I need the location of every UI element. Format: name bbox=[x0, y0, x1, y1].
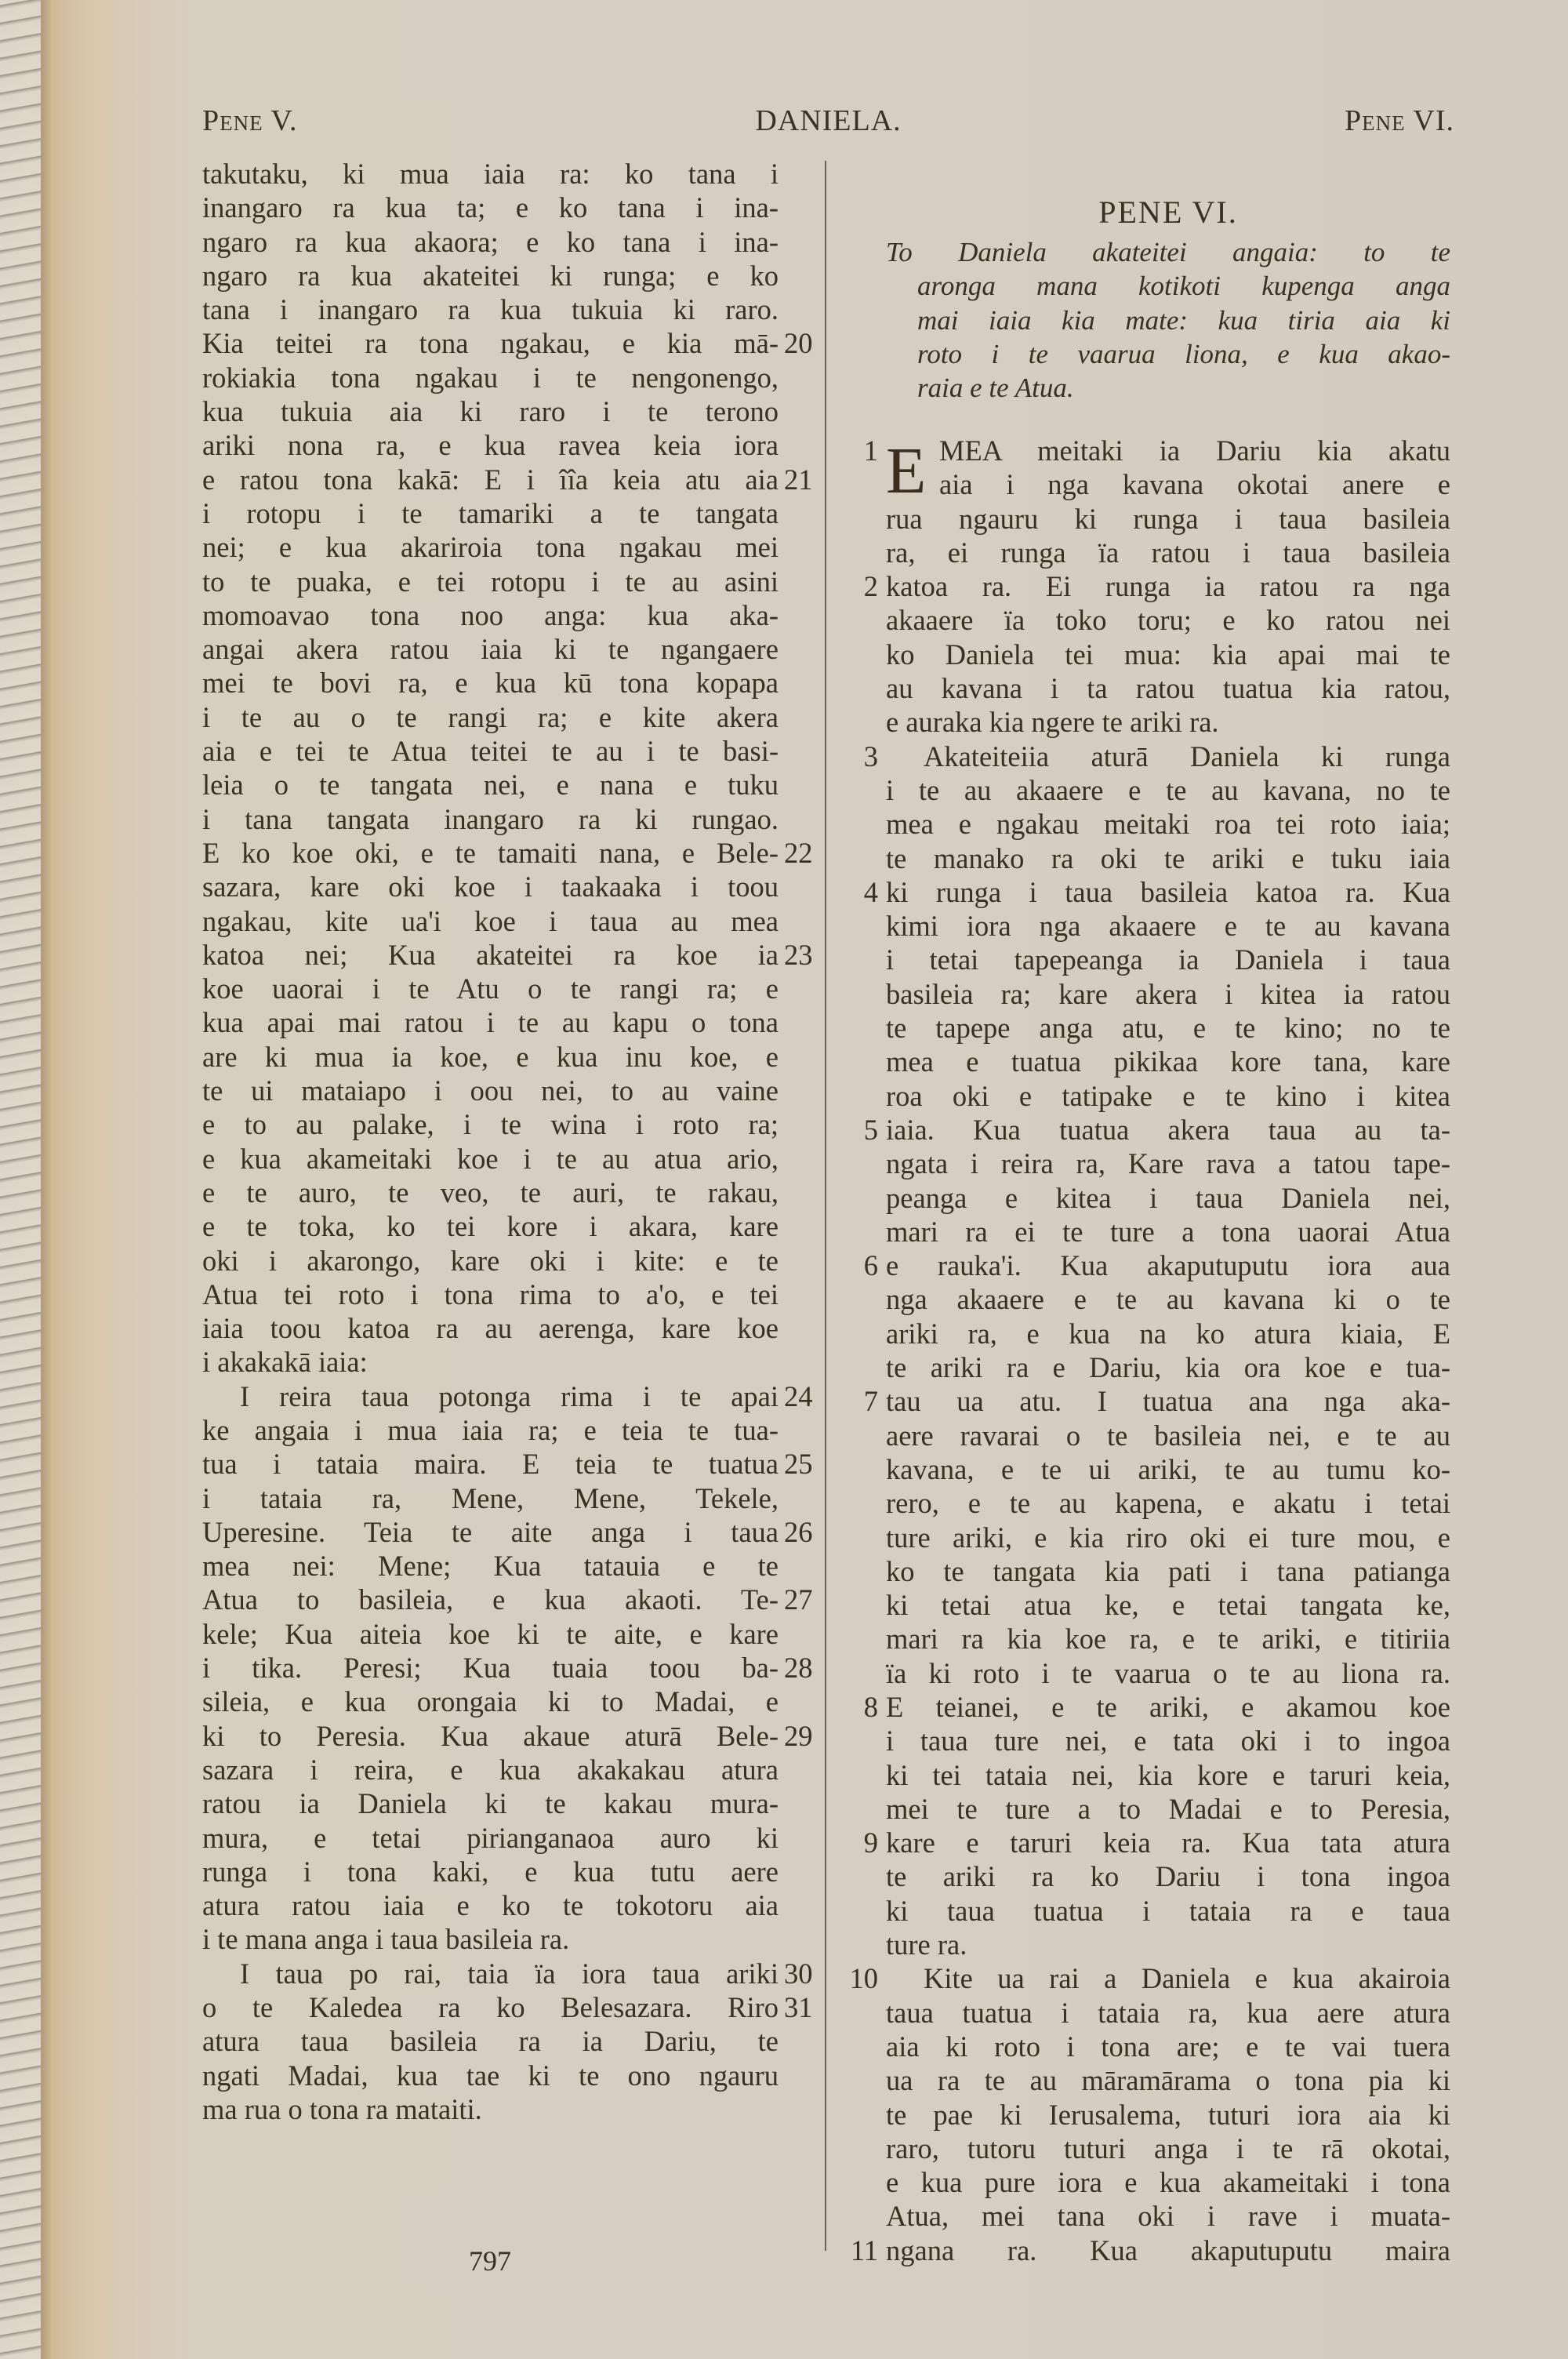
line-text: tua i tataia maira. E teia te tuatua bbox=[202, 1448, 779, 1480]
line-text: mea e tuatua pikikaa kore tana, kare bbox=[886, 1045, 1450, 1078]
text-line: aia e tei te Atua teitei te au i te basi… bbox=[202, 734, 779, 768]
text-line: kua apai mai ratou i te au kapu o tona bbox=[202, 1005, 779, 1039]
line-text: mari ra kia koe ra, e te ariki, e titiri… bbox=[886, 1623, 1450, 1655]
verse-number: 27 bbox=[784, 1583, 823, 1616]
chapter-title: PENE VI. bbox=[886, 194, 1450, 231]
text-line: tua i tataia maira. E teia te tuatua25 bbox=[202, 1447, 779, 1481]
line-text: inangaro ra kua ta; e ko tana i ina- bbox=[202, 191, 779, 224]
line-text: i tika. Peresi; Kua tuaia toou ba- bbox=[202, 1652, 779, 1684]
line-text: kua apai mai ratou i te au kapu o tona bbox=[202, 1006, 779, 1038]
running-head-right: Pene VI. bbox=[1345, 104, 1454, 138]
text-line: tana i inangaro ra kua tukuia ki raro. bbox=[202, 293, 779, 326]
text-line: koe uaorai i te Atu o te rangi ra; e bbox=[202, 972, 779, 1005]
line-text: sazara i reira, e kua akakakau atura bbox=[202, 1754, 779, 1786]
line-text: kua tukuia aia ki raro i te terono bbox=[202, 395, 779, 427]
page-stack-edge bbox=[0, 0, 41, 2359]
line-text: kare e taruri keia ra. Kua tata atura bbox=[886, 1826, 1450, 1859]
text-line: I reira taua potonga rima i te apai24 bbox=[202, 1379, 779, 1413]
line-text: nga akaaere e te au kavana ki o te bbox=[886, 1283, 1450, 1315]
line-text: te ariki ra e Dariu, kia ora koe e tua- bbox=[886, 1351, 1450, 1383]
text-line: te ui mataiapo i oou nei, to au vaine bbox=[202, 1074, 779, 1107]
line-text: rero, e te au kapena, e akatu i tetai bbox=[886, 1487, 1450, 1519]
verse-number: 29 bbox=[784, 1719, 823, 1753]
chapter-summary: To Daniela akateitei angaia: to tearonga… bbox=[917, 235, 1450, 405]
line-text: e kua pure iora e kua akameitaki i tona bbox=[886, 2166, 1450, 2198]
line-text: I taua po rai, taia ïa iora taua ariki bbox=[240, 1957, 779, 1990]
line-text: ngati Madai, kua tae ki te ono ngauru bbox=[202, 2059, 779, 2092]
text-line: i rotopu i te tamariki a te tangata bbox=[202, 496, 779, 530]
text-line: mea nei: Mene; Kua tatauia e te bbox=[202, 1549, 779, 1583]
text-line: basileia ra; kare akera i kitea ia ratou bbox=[886, 977, 1450, 1011]
verse-number: 30 bbox=[784, 1957, 823, 1990]
line-text: au kavana i ta ratou tuatua kia ratou, bbox=[886, 672, 1450, 704]
line-text: kimi iora nga akaaere e te au kavana bbox=[886, 910, 1450, 942]
text-line: Akateiteiia aturā Daniela ki runga3 bbox=[886, 740, 1450, 773]
verse-number: 4 bbox=[839, 875, 878, 909]
verse-number: 23 bbox=[784, 938, 823, 972]
text-line: kimi iora nga akaaere e te au kavana bbox=[886, 909, 1450, 943]
text-line: mea e tuatua pikikaa kore tana, kare bbox=[886, 1045, 1450, 1078]
line-text: ïa ki roto i te vaarua o te au liona ra. bbox=[886, 1657, 1450, 1689]
line-text: katoa ra. Ei runga ia ratou ra nga bbox=[886, 570, 1450, 602]
line-text: ngata i reira ra, Kare rava a tatou tape… bbox=[886, 1147, 1450, 1179]
line-text: e ratou tona kakā: E i îîa keia atu aia bbox=[202, 463, 779, 496]
summary-line: raia e te Atua. bbox=[917, 371, 1450, 405]
text-line: o te Kaledea ra ko Belesazara. Riro31 bbox=[202, 1990, 779, 2024]
text-line: i te au o te rangi ra; e kite akera bbox=[202, 700, 779, 734]
text-line: ngana ra. Kua akaputuputu maira11 bbox=[886, 2234, 1450, 2267]
verse-number: 9 bbox=[839, 1826, 878, 1859]
line-text: mei te bovi ra, e kua kū tona kopapa bbox=[202, 667, 779, 699]
text-line: roa oki e tatipake e te kino i kitea bbox=[886, 1079, 1450, 1113]
text-line: ko Daniela tei mua: kia apai mai te bbox=[886, 638, 1450, 671]
line-text: e to au palake, i te wina i roto ra; bbox=[202, 1108, 779, 1140]
line-text: mea e ngakau meitaki roa tei roto iaia; bbox=[886, 808, 1450, 840]
line-text: o te Kaledea ra ko Belesazara. Riro bbox=[202, 1991, 779, 2023]
line-text: rua ngauru ki runga i taua basileia bbox=[886, 503, 1450, 535]
right-column: E MEA meitaki ia Dariu kia akatu1aia i n… bbox=[886, 434, 1450, 2267]
line-text: ki to Peresia. Kua akaue aturā Bele- bbox=[202, 1720, 779, 1752]
text-line: ra, ei runga ïa ratou i taua basileia bbox=[886, 536, 1450, 569]
line-text: koe uaorai i te Atu o te rangi ra; e bbox=[202, 972, 779, 1005]
verse-number: 25 bbox=[784, 1447, 823, 1481]
line-text: sazara, kare oki koe i taakaaka i toou bbox=[202, 871, 779, 903]
text-line: Kia teitei ra tona ngakau, e kia mā-20 bbox=[202, 326, 779, 360]
line-text: kele; Kua aiteia koe ki te aite, e kare bbox=[202, 1618, 779, 1650]
text-line: ture ra. bbox=[886, 1928, 1450, 1961]
gutter-shadow bbox=[41, 0, 52, 2359]
text-line: te manako ra oki te ariki e tuku iaia bbox=[886, 841, 1450, 875]
text-line: sazara i reira, e kua akakakau atura bbox=[202, 1753, 779, 1787]
line-text: Akateiteiia aturā Daniela ki runga bbox=[924, 740, 1450, 772]
line-text: i te mana anga i taua basileia ra. bbox=[202, 1923, 569, 1955]
line-text: rokiakia tona ngakau i te nengonengo, bbox=[202, 362, 779, 394]
text-line: mari ra kia koe ra, e te ariki, e titiri… bbox=[886, 1622, 1450, 1656]
line-text: aia e tei te Atua teitei te au i te basi… bbox=[202, 735, 779, 767]
line-text: tana i inangaro ra kua tukuia ki raro. bbox=[202, 293, 779, 325]
line-text: i akakakā iaia: bbox=[202, 1346, 368, 1378]
line-text: i tana tangata inangaro ra ki rungao. bbox=[202, 803, 779, 835]
line-text: takutaku, ki mua iaia ra: ko tana i bbox=[202, 158, 779, 190]
line-text: taua tuatua i tataia ra, kua aere atura bbox=[886, 1997, 1450, 2029]
text-line: katoa nei; Kua akateitei ra koe ia23 bbox=[202, 938, 779, 972]
verse-number: 3 bbox=[839, 740, 878, 773]
line-text: te tapepe anga atu, e te kino; no te bbox=[886, 1012, 1450, 1044]
verse-number: 6 bbox=[839, 1249, 878, 1282]
line-text: katoa nei; Kua akateitei ra koe ia bbox=[202, 939, 779, 971]
line-text: ki tei tataia nei, kia kore e taruri kei… bbox=[886, 1759, 1450, 1791]
line-text: leia o te tangata nei, e nana e tuku bbox=[202, 769, 779, 801]
text-line: Atua to basileia, e kua akaoti. Te-27 bbox=[202, 1583, 779, 1616]
text-line: ki runga i taua basileia katoa ra. Kua4 bbox=[886, 875, 1450, 909]
line-text: runga i tona kaki, e kua tutu aere bbox=[202, 1856, 779, 1888]
text-line: momoavao tona noo anga: kua aka- bbox=[202, 598, 779, 632]
summary-line: aronga mana kotikoti kupenga anga bbox=[917, 269, 1450, 303]
text-line: e kua akameitaki koe i te au atua ario, bbox=[202, 1142, 779, 1176]
text-line: E teianei, e te ariki, e akamou koe8 bbox=[886, 1690, 1450, 1724]
line-text: i taua ture nei, e tata oki i to ingoa bbox=[886, 1725, 1450, 1757]
text-line: raro, tutoru tuturi anga i te rā okotai, bbox=[886, 2132, 1450, 2165]
verse-number: 20 bbox=[784, 326, 823, 360]
line-text: te manako ra oki te ariki e tuku iaia bbox=[886, 842, 1450, 874]
line-text: Atua to basileia, e kua akaoti. Te- bbox=[202, 1583, 779, 1616]
line-text: aia ki roto i tona are; e te vai tuera bbox=[886, 2030, 1450, 2063]
verse-number: 21 bbox=[784, 463, 823, 496]
verse-number: 26 bbox=[784, 1515, 823, 1549]
line-text: ki runga i taua basileia katoa ra. Kua bbox=[886, 876, 1450, 908]
text-line: inangaro ra kua ta; e ko tana i ina- bbox=[202, 191, 779, 224]
text-line: aia ki roto i tona are; e te vai tuera bbox=[886, 2030, 1450, 2063]
text-line: Uperesine. Teia te aite anga i taua26 bbox=[202, 1515, 779, 1549]
line-text: e auraka kia ngere te ariki ra. bbox=[886, 706, 1219, 738]
text-line: mei te ture a to Madai e to Peresia, bbox=[886, 1792, 1450, 1826]
text-line: i akakakā iaia: bbox=[202, 1345, 779, 1379]
line-text: e kua akameitaki koe i te au atua ario, bbox=[202, 1143, 779, 1175]
line-text: ko te tangata kia pati i tana patianga bbox=[886, 1555, 1450, 1587]
line-text: ariki nona ra, e kua ravea keia iora bbox=[202, 429, 779, 461]
line-text: e te toka, ko tei kore i akara, kare bbox=[202, 1210, 779, 1242]
line-text: ariki ra, e kua na ko atura kiaia, E bbox=[886, 1318, 1450, 1350]
text-line: MEA meitaki ia Dariu kia akatu1 bbox=[886, 434, 1450, 467]
line-text: ture ra. bbox=[886, 1928, 967, 1961]
text-line: kare e taruri keia ra. Kua tata atura9 bbox=[886, 1826, 1450, 1859]
text-line: katoa ra. Ei runga ia ratou ra nga2 bbox=[886, 569, 1450, 603]
text-line: ki to Peresia. Kua akaue aturā Bele-29 bbox=[202, 1719, 779, 1753]
text-line: mura, e tetai pirianganaoa auro ki bbox=[202, 1821, 779, 1855]
text-line: i tataia ra, Mene, Mene, Tekele, bbox=[202, 1481, 779, 1515]
line-text: kavana, e te ui ariki, te au tumu ko- bbox=[886, 1453, 1450, 1485]
line-text: raro, tutoru tuturi anga i te rā okotai, bbox=[886, 2132, 1450, 2165]
text-line: taua tuatua i tataia ra, kua aere atura bbox=[886, 1996, 1450, 2030]
summary-line: To Daniela akateitei angaia: to te bbox=[886, 235, 1450, 269]
line-text: ki tetai atua ke, e tetai tangata ke, bbox=[886, 1589, 1450, 1621]
text-line: atura ratou iaia e ko te tokotoru aia bbox=[202, 1888, 779, 1922]
book-page: Pene V. DANIELA. Pene VI. takutaku, ki m… bbox=[0, 0, 1568, 2359]
line-text: iaia. Kua tuatua akera taua au ta- bbox=[886, 1114, 1450, 1146]
text-line: are ki mua ia koe, e kua inu koe, e bbox=[202, 1040, 779, 1074]
line-text: te ui mataiapo i oou nei, to au vaine bbox=[202, 1074, 779, 1107]
text-line: takutaku, ki mua iaia ra: ko tana i bbox=[202, 157, 779, 191]
verse-number: 10 bbox=[839, 1961, 878, 1995]
verse-number: 1 bbox=[839, 434, 878, 467]
text-line: aere ravarai o te basileia nei, e te au bbox=[886, 1419, 1450, 1452]
text-line: ngaro ra kua akateitei ki runga; e ko bbox=[202, 259, 779, 293]
line-text: ke angaia i mua iaia ra; e teia te tua- bbox=[202, 1414, 779, 1446]
text-line: kele; Kua aiteia koe ki te aite, e kare bbox=[202, 1617, 779, 1651]
text-line: ïa ki roto i te vaarua o te au liona ra. bbox=[886, 1656, 1450, 1690]
left-column: takutaku, ki mua iaia ra: ko tana iinang… bbox=[202, 157, 779, 2126]
verse-number: 31 bbox=[784, 1990, 823, 2024]
text-line: ke angaia i mua iaia ra; e teia te tua- bbox=[202, 1413, 779, 1447]
line-text: roa oki e tatipake e te kino i kitea bbox=[886, 1080, 1450, 1112]
text-line: rokiakia tona ngakau i te nengonengo, bbox=[202, 361, 779, 394]
text-line: ki tei tataia nei, kia kore e taruri kei… bbox=[886, 1758, 1450, 1792]
line-text: aere ravarai o te basileia nei, e te au bbox=[886, 1419, 1450, 1452]
text-line: i taua ture nei, e tata oki i to ingoa bbox=[886, 1724, 1450, 1757]
verse-number: 5 bbox=[839, 1113, 878, 1147]
text-line: ariki nona ra, e kua ravea keia iora bbox=[202, 428, 779, 462]
line-text: i te au akaaere e te au kavana, no te bbox=[886, 774, 1450, 806]
text-line: e rauka'i. Kua akaputuputu iora aua6 bbox=[886, 1249, 1450, 1282]
text-line: Atua tei roto i tona rima to a'o, e tei bbox=[202, 1278, 779, 1311]
line-text: ua ra te au māramārama o tona pia ki bbox=[886, 2064, 1450, 2096]
running-head-book-title: DANIELA. bbox=[202, 104, 1454, 138]
text-line: peanga e kitea i taua Daniela nei, bbox=[886, 1181, 1450, 1215]
text-line: te pae ki Ierusalema, tuturi iora aia ki bbox=[886, 2098, 1450, 2132]
text-line: nga akaaere e te au kavana ki o te bbox=[886, 1282, 1450, 1316]
line-text: akaaere ïa toko toru; e ko ratou nei bbox=[886, 604, 1450, 636]
text-line: Atua, mei tana oki i rave i muata- bbox=[886, 2199, 1450, 2233]
line-text: ngaro ra kua akaora; e ko tana i ina- bbox=[202, 226, 779, 258]
text-line: atura taua basileia ra ia Dariu, te bbox=[202, 2024, 779, 2058]
text-line: e ratou tona kakā: E i îîa keia atu aia2… bbox=[202, 463, 779, 496]
text-line: ture ariki, e kia riro oki ei ture mou, … bbox=[886, 1521, 1450, 1554]
line-text: Atua tei roto i tona rima to a'o, e tei bbox=[202, 1278, 779, 1310]
text-line: I taua po rai, taia ïa iora taua ariki30 bbox=[202, 1957, 779, 1990]
line-text: i tetai tapepeanga ia Daniela i taua bbox=[886, 943, 1450, 976]
line-text: i te au o te rangi ra; e kite akera bbox=[202, 701, 779, 733]
line-text: ratou ia Daniela ki te kakau mura- bbox=[202, 1787, 779, 1819]
text-line: e te toka, ko tei kore i akara, kare bbox=[202, 1209, 779, 1243]
text-line: ma rua o tona ra mataiti. bbox=[202, 2092, 779, 2126]
verse-number: 24 bbox=[784, 1379, 823, 1413]
line-text: ngakau, kite ua'i koe i taua au mea bbox=[202, 905, 779, 937]
verse-number: 2 bbox=[839, 569, 878, 603]
text-line: ngakau, kite ua'i koe i taua au mea bbox=[202, 904, 779, 938]
verse-number: 11 bbox=[839, 2234, 878, 2267]
text-line: mea e ngakau meitaki roa tei roto iaia; bbox=[886, 807, 1450, 841]
summary-line: mai iaia kia mate: kua tiria aia ki bbox=[917, 304, 1450, 337]
text-line: ngati Madai, kua tae ki te ono ngauru bbox=[202, 2059, 779, 2092]
text-line: te tapepe anga atu, e te kino; no te bbox=[886, 1011, 1450, 1045]
line-text: ma rua o tona ra mataiti. bbox=[202, 2093, 482, 2125]
text-line: au kavana i ta ratou tuatua kia ratou, bbox=[886, 671, 1450, 705]
text-line: i te au akaaere e te au kavana, no te bbox=[886, 773, 1450, 807]
line-text: sileia, e kua orongaia ki to Madai, e bbox=[202, 1685, 779, 1717]
text-line: iaia toou katoa ra au aerenga, kare koe bbox=[202, 1311, 779, 1345]
line-text: atura ratou iaia e ko te tokotoru aia bbox=[202, 1889, 779, 1921]
line-text: mea nei: Mene; Kua tatauia e te bbox=[202, 1550, 779, 1582]
line-text: peanga e kitea i taua Daniela nei, bbox=[886, 1182, 1450, 1214]
text-line: i te mana anga i taua basileia ra. bbox=[202, 1922, 779, 1956]
text-line: ki tetai atua ke, e tetai tangata ke, bbox=[886, 1588, 1450, 1622]
text-line: sazara, kare oki koe i taakaaka i toou bbox=[202, 870, 779, 903]
text-line: te ariki ra e Dariu, kia ora koe e tua- bbox=[886, 1350, 1450, 1384]
line-text: mei te ture a to Madai e to Peresia, bbox=[886, 1793, 1450, 1825]
text-line: rua ngauru ki runga i taua basileia bbox=[886, 502, 1450, 536]
line-text: te pae ki Ierusalema, tuturi iora aia ki bbox=[886, 2099, 1450, 2131]
text-line: E ko koe oki, e te tamaiti nana, e Bele-… bbox=[202, 836, 779, 870]
line-text: ngaro ra kua akateitei ki runga; e ko bbox=[202, 260, 779, 292]
text-line: mari ra ei te ture a tona uaorai Atua bbox=[886, 1215, 1450, 1249]
text-line: ua ra te au māramārama o tona pia ki bbox=[886, 2063, 1450, 2097]
line-text: i rotopu i te tamariki a te tangata bbox=[202, 497, 779, 529]
line-text: e rauka'i. Kua akaputuputu iora aua bbox=[886, 1249, 1450, 1281]
text-line: i tika. Peresi; Kua tuaia toou ba-28 bbox=[202, 1651, 779, 1685]
line-text: aia i nga kavana okotai anere e bbox=[939, 468, 1450, 500]
verse-number: 22 bbox=[784, 836, 823, 870]
text-line: ngata i reira ra, Kare rava a tatou tape… bbox=[886, 1147, 1450, 1180]
line-text: ko Daniela tei mua: kia apai mai te bbox=[886, 638, 1450, 671]
line-text: mura, e tetai pirianganaoa auro ki bbox=[202, 1822, 779, 1854]
text-line: ki taua tuatua i tataia ra e taua bbox=[886, 1894, 1450, 1928]
text-line: oki i akarongo, kare oki i kite: e te bbox=[202, 1244, 779, 1278]
text-line: e to au palake, i te wina i roto ra; bbox=[202, 1107, 779, 1141]
line-text: iaia toou katoa ra au aerenga, kare koe bbox=[202, 1312, 779, 1344]
line-text: basileia ra; kare akera i kitea ia ratou bbox=[886, 978, 1450, 1010]
text-line: ko te tangata kia pati i tana patianga bbox=[886, 1554, 1450, 1588]
line-text: te ariki ra ko Dariu i tona ingoa bbox=[886, 1860, 1450, 1892]
text-line: ariki ra, e kua na ko atura kiaia, E bbox=[886, 1317, 1450, 1350]
text-line: kavana, e te ui ariki, te au tumu ko- bbox=[886, 1452, 1450, 1486]
text-line: ngaro ra kua akaora; e ko tana i ina- bbox=[202, 225, 779, 259]
line-text: Kite ua rai a Daniela e kua akairoia bbox=[924, 1962, 1450, 1994]
text-line: e kua pure iora e kua akameitaki i tona bbox=[886, 2165, 1450, 2199]
text-line: ratou ia Daniela ki te kakau mura- bbox=[202, 1787, 779, 1820]
verse-number: 8 bbox=[839, 1690, 878, 1724]
text-line: i tana tangata inangaro ra ki rungao. bbox=[202, 802, 779, 836]
text-line: sileia, e kua orongaia ki to Madai, e bbox=[202, 1685, 779, 1718]
text-line: Kite ua rai a Daniela e kua akairoia10 bbox=[886, 1961, 1450, 1995]
text-line: angai akera ratou iaia ki te ngangaere bbox=[202, 632, 779, 666]
verse-number: 28 bbox=[784, 1651, 823, 1685]
line-text: i tataia ra, Mene, Mene, Tekele, bbox=[202, 1482, 779, 1514]
line-text: MEA meitaki ia Dariu kia akatu bbox=[939, 434, 1450, 467]
text-line: tau ua atu. I tuatua ana nga aka-7 bbox=[886, 1384, 1450, 1418]
line-text: oki i akarongo, kare oki i kite: e te bbox=[202, 1245, 779, 1277]
text-line: to te puaka, e tei rotopu i te au asini bbox=[202, 565, 779, 598]
line-text: Kia teitei ra tona ngakau, e kia mā- bbox=[202, 327, 779, 359]
line-text: E ko koe oki, e te tamaiti nana, e Bele- bbox=[202, 837, 779, 869]
text-line: akaaere ïa toko toru; e ko ratou nei bbox=[886, 603, 1450, 637]
text-line: leia o te tangata nei, e nana e tuku bbox=[202, 768, 779, 801]
line-text: Uperesine. Teia te aite anga i taua bbox=[202, 1516, 779, 1548]
line-text: to te puaka, e tei rotopu i te au asini bbox=[202, 565, 779, 598]
line-text: are ki mua ia koe, e kua inu koe, e bbox=[202, 1041, 779, 1073]
text-line: e auraka kia ngere te ariki ra. bbox=[886, 705, 1450, 739]
line-text: ki taua tuatua i tataia ra e taua bbox=[886, 1895, 1450, 1927]
line-text: ra, ei runga ïa ratou i taua basileia bbox=[886, 536, 1450, 569]
text-line: kua tukuia aia ki raro i te terono bbox=[202, 394, 779, 428]
text-line: runga i tona kaki, e kua tutu aere bbox=[202, 1855, 779, 1888]
text-line: i tetai tapepeanga ia Daniela i taua bbox=[886, 943, 1450, 976]
line-text: mari ra ei te ture a tona uaorai Atua bbox=[886, 1216, 1450, 1248]
line-text: nei; e kua akariroia tona ngakau mei bbox=[202, 531, 779, 563]
running-head: Pene V. DANIELA. Pene VI. bbox=[202, 104, 1454, 143]
page-number: 797 bbox=[469, 2245, 511, 2277]
line-text: ngana ra. Kua akaputuputu maira bbox=[886, 2234, 1450, 2266]
line-text: e te auro, te veo, te auri, te rakau, bbox=[202, 1176, 779, 1209]
column-divider bbox=[825, 161, 826, 2251]
text-line: iaia. Kua tuatua akera taua au ta-5 bbox=[886, 1113, 1450, 1147]
line-text: tau ua atu. I tuatua ana nga aka- bbox=[886, 1385, 1450, 1417]
line-text: ture ariki, e kia riro oki ei ture mou, … bbox=[886, 1521, 1450, 1554]
line-text: I reira taua potonga rima i te apai bbox=[240, 1380, 779, 1412]
line-text: atura taua basileia ra ia Dariu, te bbox=[202, 2025, 779, 2057]
text-line: te ariki ra ko Dariu i tona ingoa bbox=[886, 1859, 1450, 1893]
verse-number: 7 bbox=[839, 1384, 878, 1418]
text-line: nei; e kua akariroia tona ngakau mei bbox=[202, 530, 779, 564]
text-line: e te auro, te veo, te auri, te rakau, bbox=[202, 1176, 779, 1209]
text-line: aia i nga kavana okotai anere e bbox=[886, 467, 1450, 501]
text-line: mei te bovi ra, e kua kū tona kopapa bbox=[202, 666, 779, 700]
line-text: momoavao tona noo anga: kua aka- bbox=[202, 599, 779, 631]
line-text: angai akera ratou iaia ki te ngangaere bbox=[202, 633, 779, 665]
line-text: Atua, mei tana oki i rave i muata- bbox=[886, 2200, 1450, 2232]
text-line: rero, e te au kapena, e akatu i tetai bbox=[886, 1486, 1450, 1520]
summary-line: roto i te vaarua liona, e kua akao- bbox=[917, 337, 1450, 371]
line-text: E teianei, e te ariki, e akamou koe bbox=[886, 1691, 1450, 1723]
